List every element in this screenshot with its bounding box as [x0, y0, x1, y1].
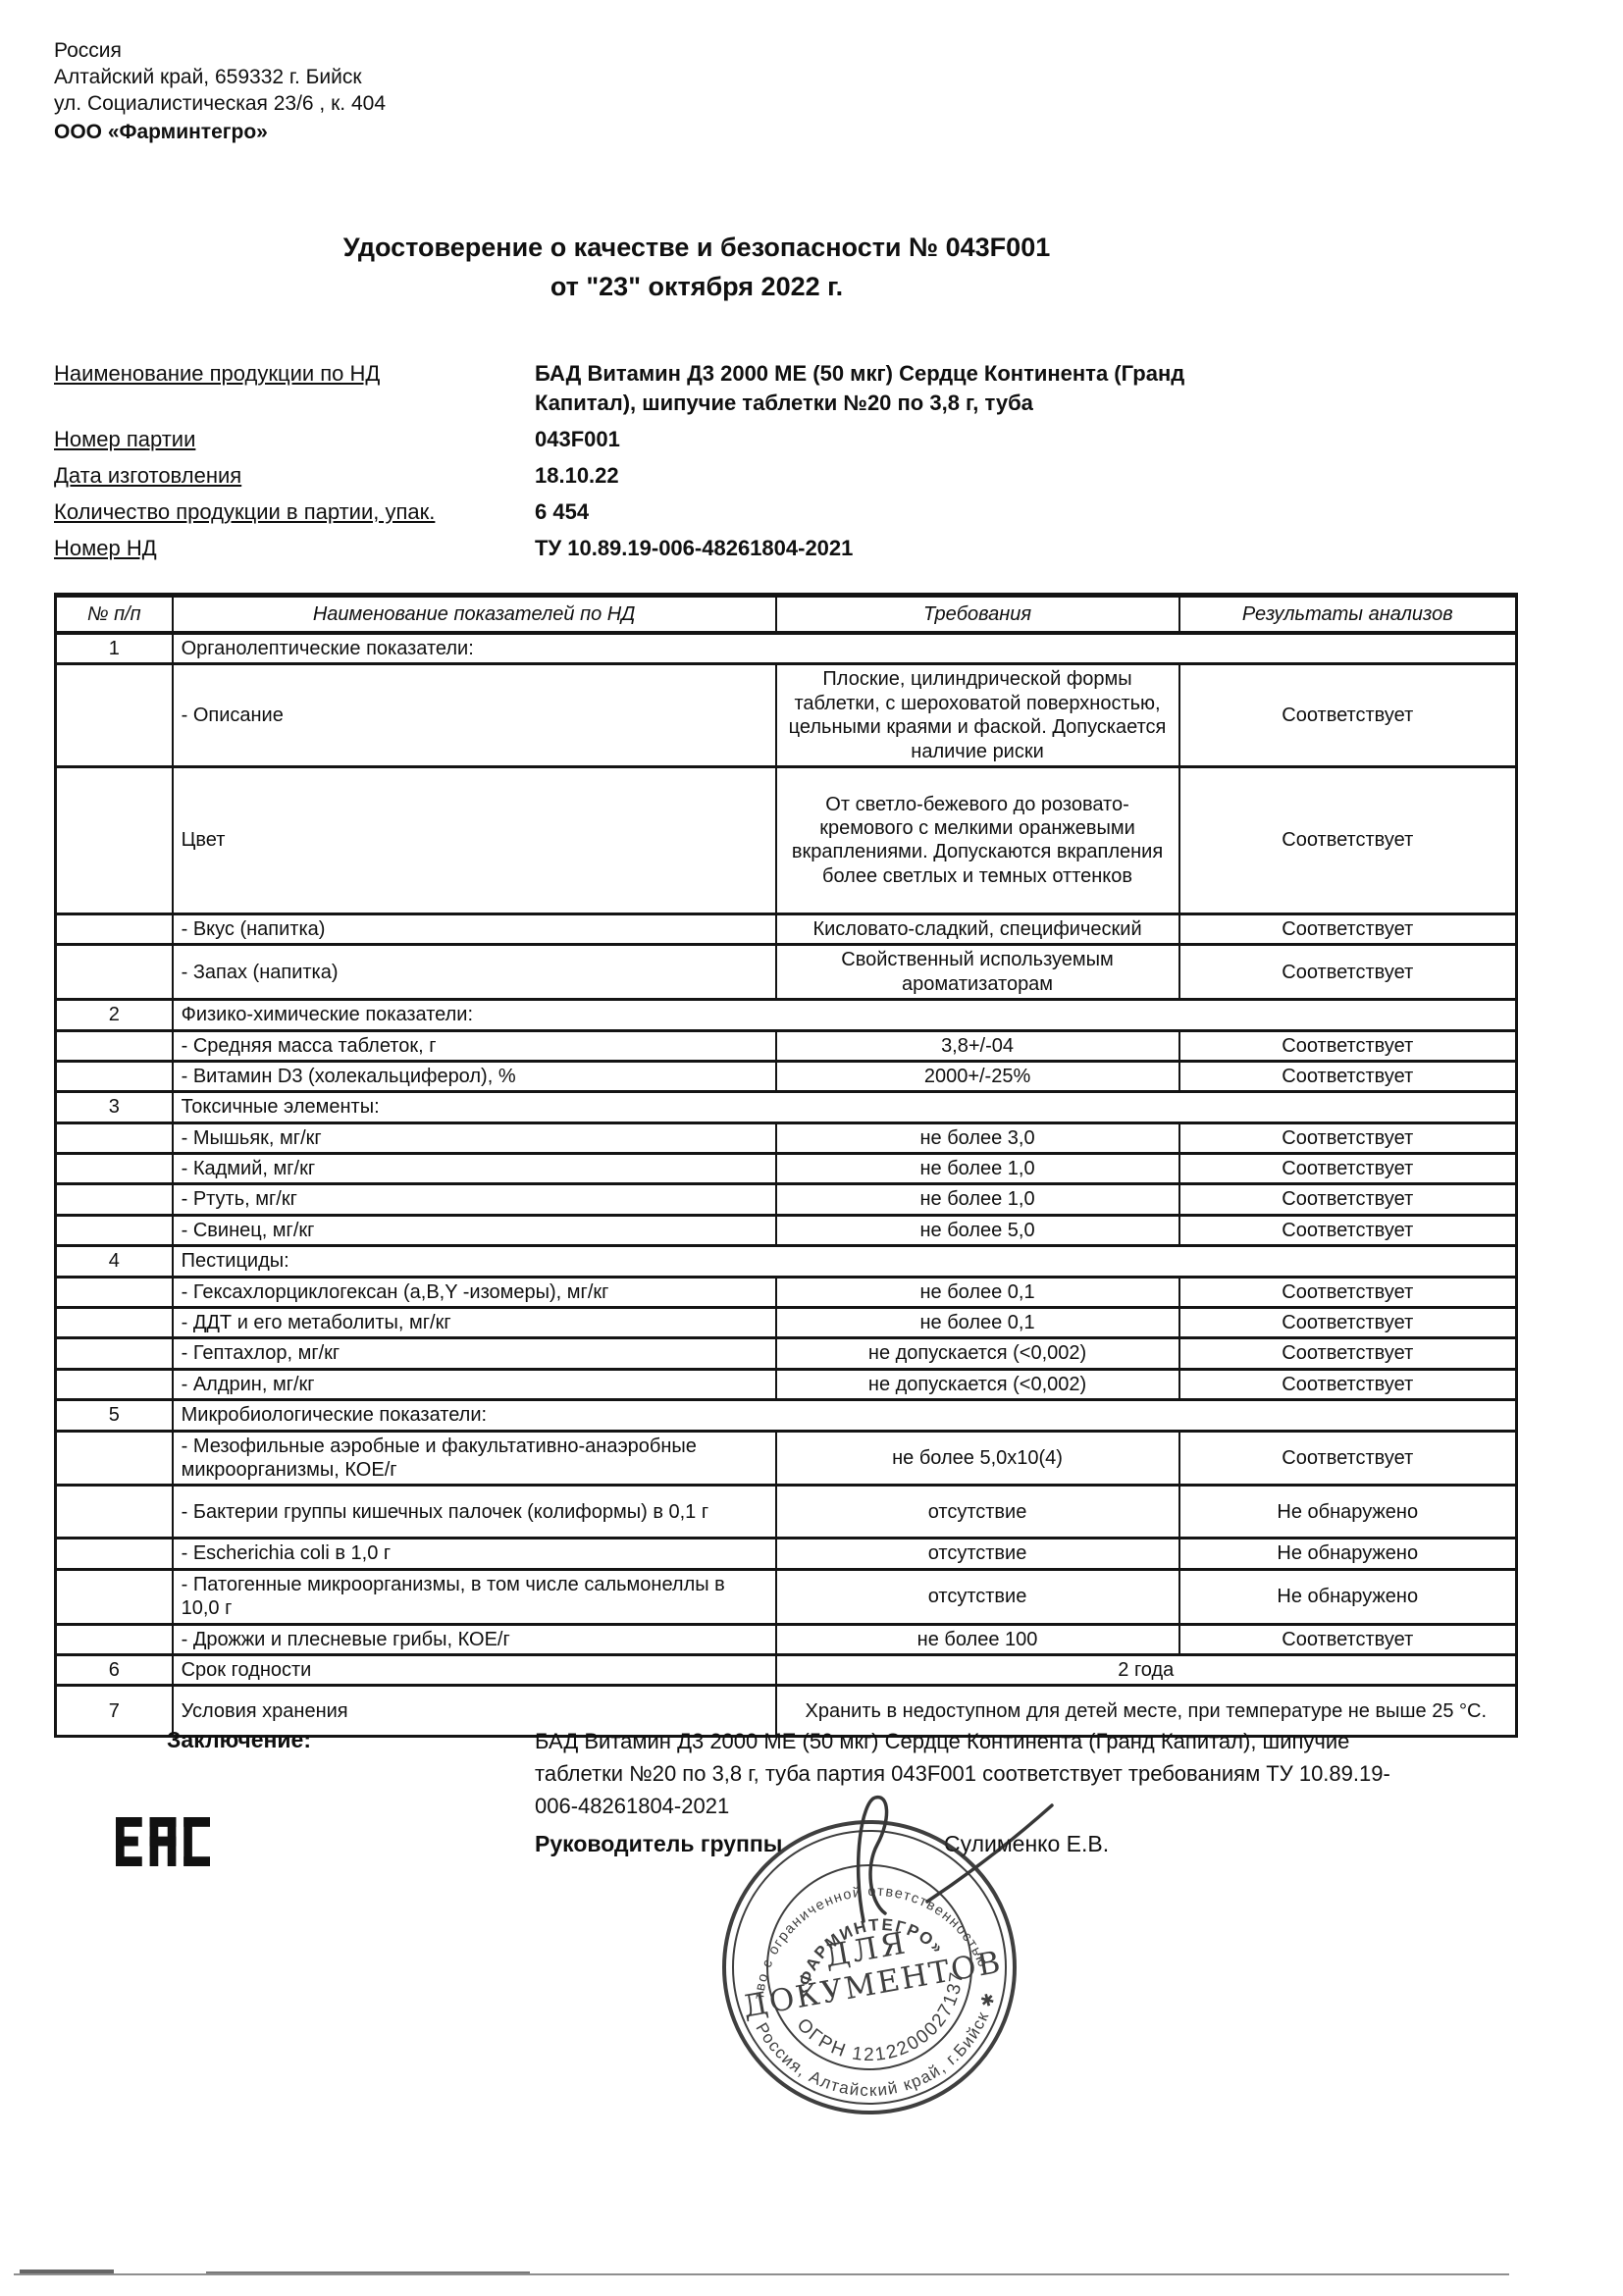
- cell-indicator-name: - Мышьяк, мг/кг: [173, 1122, 776, 1153]
- cell-result: Соответствует: [1179, 945, 1517, 1000]
- cell-indicator-name: - ДДТ и его метаболиты, мг/кг: [173, 1308, 776, 1338]
- table-row: - Escherichia coli в 1,0 готсутствиеНе о…: [56, 1539, 1517, 1569]
- cell-requirement: не допускается (<0,002): [776, 1338, 1179, 1369]
- table-row: - Мезофильные аэробные и факультативно-а…: [56, 1431, 1517, 1486]
- cell-number: [56, 1154, 173, 1184]
- cell-indicator-name: - Мезофильные аэробные и факультативно-а…: [173, 1431, 776, 1486]
- section-row: 5Микробиологические показатели:: [56, 1400, 1517, 1431]
- cell-number: [56, 913, 173, 944]
- letterhead-region: Алтайский край, 659332 г. Бийск: [54, 64, 386, 90]
- cell-number: 4: [56, 1246, 173, 1277]
- cell-indicator-name: - Вкус (напитка): [173, 913, 776, 944]
- cell-indicator-name: - Запах (напитка): [173, 945, 776, 1000]
- cell-number: [56, 664, 173, 767]
- cell-number: [56, 1184, 173, 1215]
- cell-requirement: не допускается (<0,002): [776, 1369, 1179, 1399]
- table-body: 1Органолептические показатели:- Описание…: [56, 633, 1517, 1737]
- letterhead-country: Россия: [54, 37, 386, 64]
- spec-table-wrap: № п/п Наименование показателей по НД Тре…: [54, 593, 1518, 1738]
- cell-result: Соответствует: [1179, 664, 1517, 767]
- cell-indicator-name: - Ртуть, мг/кг: [173, 1184, 776, 1215]
- cell-result: Соответствует: [1179, 1624, 1517, 1654]
- table-row: - Свинец, мг/кгне более 5,0Соответствует: [56, 1215, 1517, 1245]
- table-row: - Кадмий, мг/кгне более 1,0Соответствует: [56, 1154, 1517, 1184]
- cell-result: Соответствует: [1179, 1369, 1517, 1399]
- letterhead: Россия Алтайский край, 659332 г. Бийск у…: [54, 37, 386, 145]
- scan-artifact-line: [14, 2273, 1509, 2275]
- cell-result: Соответствует: [1179, 1122, 1517, 1153]
- cell-number: 3: [56, 1092, 173, 1122]
- field-row: Номер НД ТУ 10.89.19-006-48261804-2021: [54, 534, 1212, 563]
- cell-requirement: Свойственный используемым ароматизаторам: [776, 945, 1179, 1000]
- cell-requirement: не более 1,0: [776, 1184, 1179, 1215]
- cell-spanning-value: 2 года: [776, 1654, 1517, 1685]
- cell-number: [56, 1215, 173, 1245]
- section-title: Токсичные элементы:: [173, 1092, 1517, 1122]
- cell-requirement: отсутствие: [776, 1569, 1179, 1624]
- table-row: - ОписаниеПлоские, цилиндрической формы …: [56, 664, 1517, 767]
- cell-indicator-name: - Гексахлорциклогексан (a,B,Y -изомеры),…: [173, 1277, 776, 1307]
- table-row: - Витамин D3 (холекальциферол), %2000+/-…: [56, 1061, 1517, 1091]
- cell-requirement: не более 5,0х10(4): [776, 1431, 1179, 1486]
- field-label: Дата изготовления: [54, 461, 535, 491]
- field-value: 6 454: [535, 497, 589, 527]
- section-title: Органолептические показатели:: [173, 633, 1517, 664]
- section-row: 3Токсичные элементы:: [56, 1092, 1517, 1122]
- cell-result: Соответствует: [1179, 1431, 1517, 1486]
- cell-indicator-name: - Кадмий, мг/кг: [173, 1154, 776, 1184]
- cell-number: [56, 1624, 173, 1654]
- cell-result: Соответствует: [1179, 1338, 1517, 1369]
- letterhead-street: ул. Социалистическая 23/6 , к. 404: [54, 90, 386, 117]
- signature-stroke-icon: [859, 1798, 1052, 1921]
- round-stamp-icon: тво с ограниченной ответственностью Росс…: [628, 1784, 1099, 2133]
- cell-requirement: не более 3,0: [776, 1122, 1179, 1153]
- cell-result: Не обнаружено: [1179, 1539, 1517, 1569]
- cell-indicator-name: - Дрожжи и плесневые грибы, КОЕ/г: [173, 1624, 776, 1654]
- cell-number: 1: [56, 633, 173, 664]
- field-label: Количество продукции в партии, упак.: [54, 497, 535, 527]
- cell-indicator-name: - Escherichia coli в 1,0 г: [173, 1539, 776, 1569]
- field-value: 18.10.22: [535, 461, 619, 491]
- cell-number: [56, 1308, 173, 1338]
- section-title: Микробиологические показатели:: [173, 1400, 1517, 1431]
- cell-requirement: не более 100: [776, 1624, 1179, 1654]
- cell-requirement: не более 5,0: [776, 1215, 1179, 1245]
- table-row: - Гексахлорциклогексан (a,B,Y -изомеры),…: [56, 1277, 1517, 1307]
- product-fields: Наименование продукции по НД БАД Витамин…: [54, 359, 1212, 570]
- cell-result: Соответствует: [1179, 1061, 1517, 1091]
- cell-indicator-name: - Витамин D3 (холекальциферол), %: [173, 1061, 776, 1091]
- title-line-1: Удостоверение о качестве и безопасности …: [0, 228, 1393, 267]
- cell-result: Соответствует: [1179, 1030, 1517, 1061]
- field-row: Номер партии 043F001: [54, 425, 1212, 454]
- cell-result: Не обнаружено: [1179, 1486, 1517, 1539]
- cell-number: [56, 1277, 173, 1307]
- table-row: - Гептахлор, мг/кгне допускается (<0,002…: [56, 1338, 1517, 1369]
- cell-requirement: не более 0,1: [776, 1308, 1179, 1338]
- cell-result: Не обнаружено: [1179, 1569, 1517, 1624]
- table-row: - Ртуть, мг/кгне более 1,0Соответствует: [56, 1184, 1517, 1215]
- company-name: ООО «Фарминтегро»: [54, 119, 386, 145]
- document-title: Удостоверение о качестве и безопасности …: [0, 228, 1393, 306]
- cell-number: 2: [56, 1000, 173, 1030]
- field-row: Наименование продукции по НД БАД Витамин…: [54, 359, 1212, 418]
- field-label: Номер НД: [54, 534, 535, 563]
- cell-requirement: 2000+/-25%: [776, 1061, 1179, 1091]
- cell-number: [56, 1539, 173, 1569]
- section-title: Физико-химические показатели:: [173, 1000, 1517, 1030]
- cell-requirement: От светло-бежевого до розовато-кремового…: [776, 766, 1179, 913]
- cell-result: Соответствует: [1179, 1308, 1517, 1338]
- cell-number: 6: [56, 1654, 173, 1685]
- section-title: Пестициды:: [173, 1246, 1517, 1277]
- cell-result: Соответствует: [1179, 913, 1517, 944]
- field-value: БАД Витамин Д3 2000 МЕ (50 мкг) Сердце К…: [535, 359, 1212, 418]
- cell-result: Соответствует: [1179, 1215, 1517, 1245]
- cell-requirement: Кисловато-сладкий, специфический: [776, 913, 1179, 944]
- cell-number: [56, 1338, 173, 1369]
- cell-number: [56, 1369, 173, 1399]
- section-row: 2Физико-химические показатели:: [56, 1000, 1517, 1030]
- certificate-page: Россия Алтайский край, 659332 г. Бийск у…: [0, 0, 1623, 2296]
- field-row: Количество продукции в партии, упак. 6 4…: [54, 497, 1212, 527]
- cell-number: [56, 1569, 173, 1624]
- cell-number: 7: [56, 1686, 173, 1737]
- table-row: - ДДТ и его метаболиты, мг/кгне более 0,…: [56, 1308, 1517, 1338]
- cell-result: Соответствует: [1179, 1154, 1517, 1184]
- cell-number: [56, 945, 173, 1000]
- cell-requirement: 3,8+/-04: [776, 1030, 1179, 1061]
- field-value: 043F001: [535, 425, 620, 454]
- table-row: ЦветОт светло-бежевого до розовато-кремо…: [56, 766, 1517, 913]
- cell-result: Соответствует: [1179, 766, 1517, 913]
- cell-indicator-name: Цвет: [173, 766, 776, 913]
- cell-requirement: не более 0,1: [776, 1277, 1179, 1307]
- eac-mark-icon: [116, 1817, 210, 1871]
- cell-number: [56, 1431, 173, 1486]
- field-label: Наименование продукции по НД: [54, 359, 535, 389]
- field-value: ТУ 10.89.19-006-48261804-2021: [535, 534, 853, 563]
- spec-table: № п/п Наименование показателей по НД Тре…: [54, 593, 1518, 1738]
- table-row: - Алдрин, мг/кгне допускается (<0,002)Со…: [56, 1369, 1517, 1399]
- cell-requirement: не более 1,0: [776, 1154, 1179, 1184]
- cell-number: [56, 1030, 173, 1061]
- column-header-indicator: Наименование показателей по НД: [173, 596, 776, 634]
- cell-indicator-name: - Средняя масса таблеток, г: [173, 1030, 776, 1061]
- table-row: - Запах (напитка)Свойственный используем…: [56, 945, 1517, 1000]
- conclusion-label: Заключение:: [167, 1727, 311, 1753]
- cell-number: [56, 1122, 173, 1153]
- cell-number: [56, 1486, 173, 1539]
- cell-result: Соответствует: [1179, 1184, 1517, 1215]
- cell-indicator-name: - Патогенные микроорганизмы, в том числе…: [173, 1569, 776, 1624]
- cell-indicator-name: - Бактерии группы кишечных палочек (коли…: [173, 1486, 776, 1539]
- cell-requirement: отсутствие: [776, 1486, 1179, 1539]
- table-row: - Патогенные микроорганизмы, в том числе…: [56, 1569, 1517, 1624]
- column-header-results: Результаты анализов: [1179, 596, 1517, 634]
- cell-number: 5: [56, 1400, 173, 1431]
- column-header-requirements: Требования: [776, 596, 1179, 634]
- cell-indicator-name: - Свинец, мг/кг: [173, 1215, 776, 1245]
- cell-number: [56, 1061, 173, 1091]
- column-header-number: № п/п: [56, 596, 173, 634]
- table-row: 6Срок годности2 года: [56, 1654, 1517, 1685]
- section-row: 4Пестициды:: [56, 1246, 1517, 1277]
- field-row: Дата изготовления 18.10.22: [54, 461, 1212, 491]
- cell-result: Соответствует: [1179, 1277, 1517, 1307]
- table-row: - Вкус (напитка)Кисловато-сладкий, специ…: [56, 913, 1517, 944]
- table-row: - Дрожжи и плесневые грибы, КОЕ/гне боле…: [56, 1624, 1517, 1654]
- cell-indicator-name: - Описание: [173, 664, 776, 767]
- cell-indicator-name: - Алдрин, мг/кг: [173, 1369, 776, 1399]
- table-row: - Мышьяк, мг/кгне более 3,0Соответствует: [56, 1122, 1517, 1153]
- title-line-2: от "23" октября 2022 г.: [0, 267, 1393, 306]
- table-row: - Бактерии группы кишечных палочек (коли…: [56, 1486, 1517, 1539]
- cell-number: [56, 766, 173, 913]
- cell-indicator-name: - Гептахлор, мг/кг: [173, 1338, 776, 1369]
- cell-indicator-name: Срок годности: [173, 1654, 776, 1685]
- field-label: Номер партии: [54, 425, 535, 454]
- cell-requirement: Плоские, цилиндрической формы таблетки, …: [776, 664, 1179, 767]
- section-row: 1Органолептические показатели:: [56, 633, 1517, 664]
- cell-requirement: отсутствие: [776, 1539, 1179, 1569]
- table-row: - Средняя масса таблеток, г3,8+/-04Соотв…: [56, 1030, 1517, 1061]
- table-header-row: № п/п Наименование показателей по НД Тре…: [56, 596, 1517, 634]
